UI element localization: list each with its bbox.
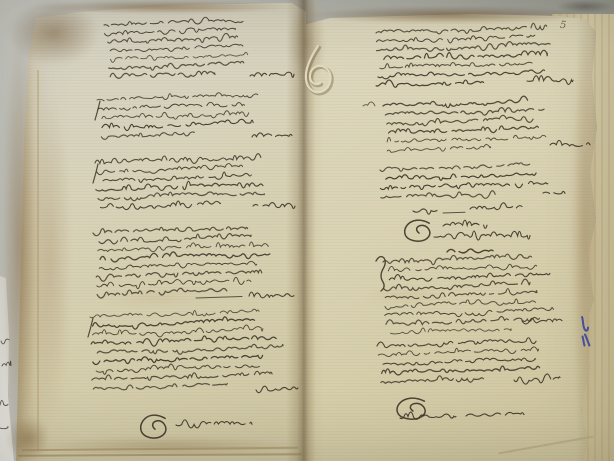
folio-number: 5 [560, 20, 567, 32]
photograph: 5 [0, 0, 614, 461]
white-sheet-under [0, 276, 16, 461]
left-page [8, 2, 308, 461]
right-page [298, 8, 600, 461]
stain-patch [556, 0, 614, 13]
